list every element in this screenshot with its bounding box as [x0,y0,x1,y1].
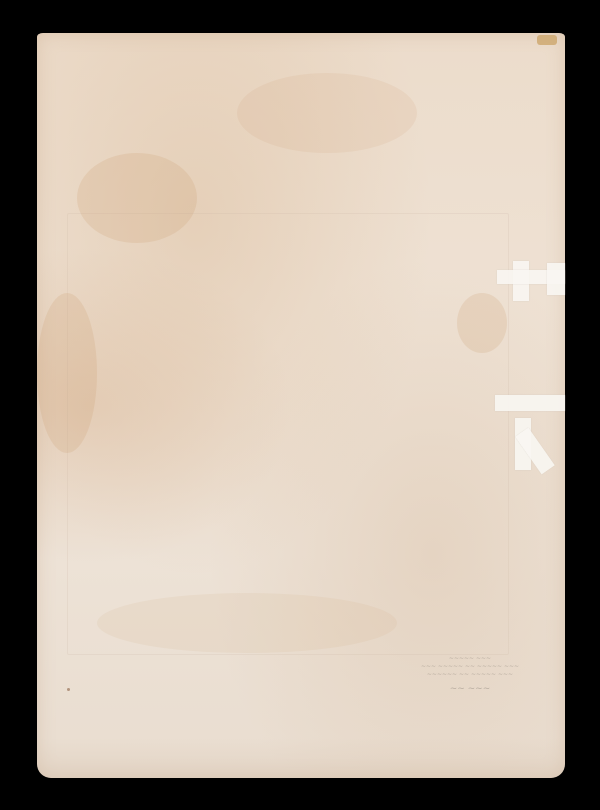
corner-stain [537,35,557,45]
tape-strip [495,395,565,411]
signature: ~~ ~~~ [410,685,530,693]
foxing-stain [237,73,417,153]
foxing-stain [77,153,197,243]
foxing-stain [37,293,97,453]
plate-mark [67,213,509,655]
foxing-stain [457,293,507,353]
inscription-line: ~~~~~~ ~~ ~~~~~ ~~~ [410,671,530,679]
inscription-line: ~~~~~ ~~~ [410,655,530,663]
foxing-stain [97,593,397,653]
inscription-line: ~~~ ~~~~~ ~~ ~~~~~ ~~~ [410,663,530,671]
tape-strip [547,263,565,295]
spot [67,688,70,691]
pencil-inscription: ~~~~~ ~~~ ~~~ ~~~~~ ~~ ~~~~~ ~~~ ~~~~~~ … [410,655,530,693]
paper-curl [37,738,565,778]
